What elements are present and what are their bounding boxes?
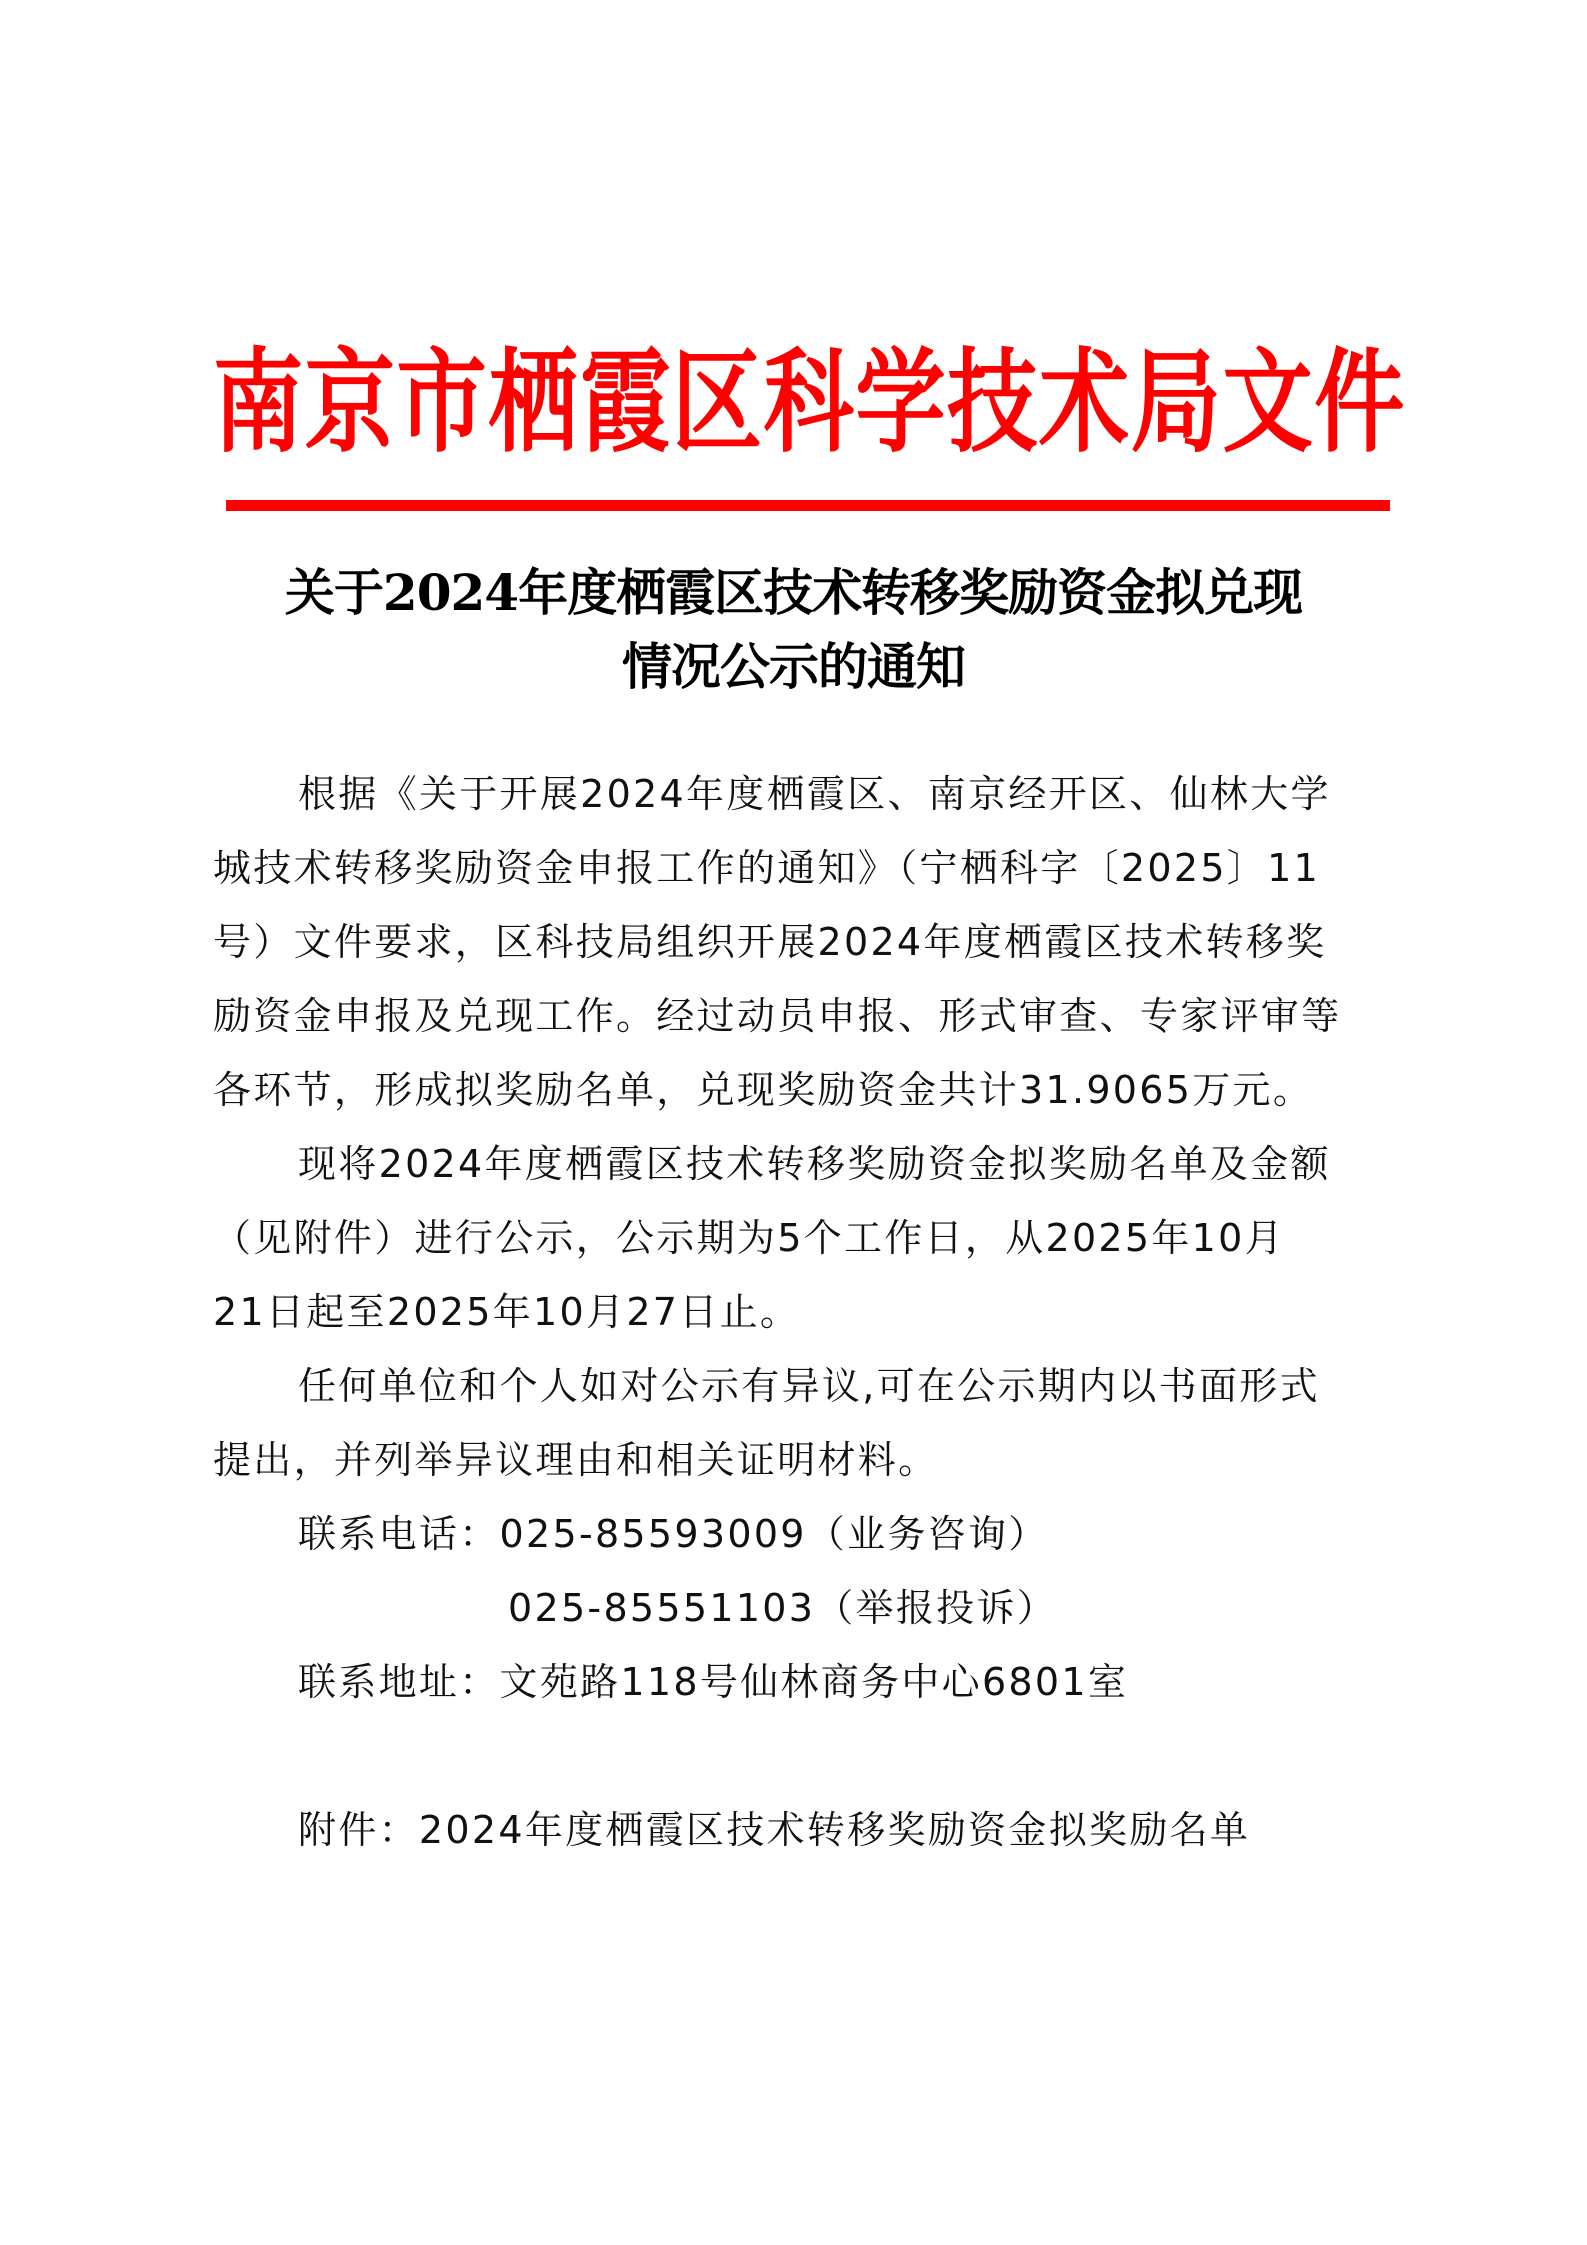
paragraph-1-line-5: 各环节，形成拟奖励名单，兑现奖励资金共计31.9065万元。: [213, 1066, 1313, 1114]
document-title-line-1: 关于2024年度栖霞区技术转移奖励资金拟兑现: [160, 563, 1427, 623]
contact-phone-label: 联系电话：: [298, 1512, 500, 1556]
contact-address: 文苑路118号仙林商务中心6801室: [500, 1660, 1129, 1704]
paragraph-1-line-3: 号）文件要求，区科技局组织开展2024年度栖霞区技术转移奖: [213, 918, 1326, 966]
paragraph-3-line-2: 提出，并列举异议理由和相关证明材料。: [213, 1436, 938, 1484]
paragraph-2-line-3: 21日起至2025年10月27日止。: [213, 1288, 800, 1336]
paragraph-2-line-1: 现将2024年度栖霞区技术转移奖励资金拟奖励名单及金额: [298, 1140, 1331, 1188]
paragraph-1-line-4: 励资金申报及兑现工作。经过动员申报、形式审查、专家评审等: [213, 992, 1341, 1040]
masthead: 南京市栖霞区科学技术局文件: [213, 338, 1425, 468]
paragraph-1-line-1: 根据《关于开展2024年度栖霞区、南京经开区、仙林大学: [298, 770, 1331, 818]
red-divider-line: [226, 500, 1390, 511]
paragraph-2-line-2: （见附件）进行公示，公示期为5个工作日，从2025年10月: [213, 1214, 1285, 1262]
contact-address-row: 联系地址：文苑路118号仙林商务中心6801室: [298, 1658, 1128, 1706]
paragraph-3-line-1: 任何单位和个人如对公示有异议,可在公示期内以书面形式: [298, 1362, 1320, 1410]
contact-phone-2: 025-85551103（举报投诉）: [508, 1584, 1057, 1632]
contact-phone-row: 联系电话：025-85593009（业务咨询）: [298, 1510, 1049, 1558]
attachment-text: 2024年度栖霞区技术转移奖励资金拟奖励名单: [419, 1808, 1250, 1852]
paragraph-1-line-2: 城技术转移奖励资金申报工作的通知》（宁栖科字〔2025〕11: [213, 844, 1320, 892]
attachment-row: 附件：2024年度栖霞区技术转移奖励资金拟奖励名单: [298, 1806, 1250, 1854]
document-title-line-2: 情况公示的通知: [160, 637, 1427, 697]
document-page: 南京市栖霞区科学技术局文件 关于2024年度栖霞区技术转移奖励资金拟兑现 情况公…: [0, 0, 1587, 2245]
contact-address-label: 联系地址：: [298, 1660, 500, 1704]
masthead-title: 南京市栖霞区科学技术局文件: [213, 338, 1406, 468]
attachment-label: 附件：: [298, 1808, 419, 1852]
contact-phone-1: 025-85593009（业务咨询）: [500, 1512, 1049, 1556]
